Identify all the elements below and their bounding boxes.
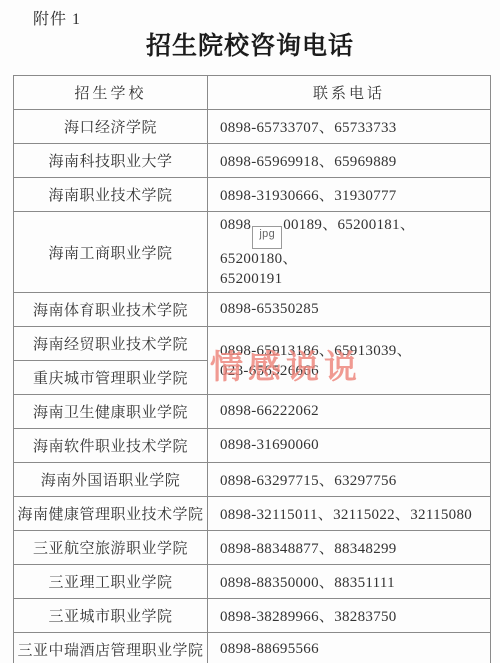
column-header-school: 招生学校: [14, 76, 208, 110]
table-row: 三亚理工职业学院 0898-88350000、88351111: [14, 565, 491, 599]
school-cell: 海南经贸职业技术学院: [14, 327, 208, 361]
phone-cell: 0898-38289966、38283750: [208, 599, 491, 633]
table-row: 海南经贸职业技术学院 0898-65913186、65913039、 023-6…: [14, 327, 491, 361]
school-cell: 海南职业技术学院: [14, 178, 208, 212]
school-cell: 重庆城市管理职业学院: [14, 361, 208, 395]
phone-cell: 0898jpg00189、65200181、65200180、 65200191: [208, 212, 491, 293]
table-row: 三亚航空旅游职业学院 0898-88348877、88348299: [14, 531, 491, 565]
phone-cell: 0898-63297715、63297756: [208, 463, 491, 497]
school-cell: 海南科技职业大学: [14, 144, 208, 178]
phone-cell: 0898-65733707、65733733: [208, 110, 491, 144]
table-row: 海南外国语职业学院 0898-63297715、63297756: [14, 463, 491, 497]
phone-table: 招生学校 联系电话 海口经济学院 0898-65733707、65733733 …: [13, 75, 491, 663]
school-cell: 三亚航空旅游职业学院: [14, 531, 208, 565]
phone-cell: 0898-88695566: [208, 633, 491, 663]
table-header-row: 招生学校 联系电话: [14, 76, 491, 110]
school-cell: 海口经济学院: [14, 110, 208, 144]
school-cell: 三亚城市职业学院: [14, 599, 208, 633]
phone-text-line2: 023-656526666: [220, 361, 482, 381]
school-cell: 海南外国语职业学院: [14, 463, 208, 497]
jpg-placeholder: jpg: [252, 226, 282, 249]
table-row: 海南工商职业学院 0898jpg00189、65200181、65200180、…: [14, 212, 491, 293]
school-cell: 海南软件职业技术学院: [14, 429, 208, 463]
phone-cell: 0898-65350285: [208, 293, 491, 327]
table-row: 海南健康管理职业技术学院 0898-32115011、32115022、3211…: [14, 497, 491, 531]
phone-cell: 0898-66222062: [208, 395, 491, 429]
table-row: 海南科技职业大学 0898-65969918、65969889: [14, 144, 491, 178]
page-title: 招生院校咨询电话: [0, 26, 500, 62]
table-row: 海南卫生健康职业学院 0898-66222062: [14, 395, 491, 429]
phone-text-before-overlay: 0898: [220, 217, 251, 233]
school-cell: 海南工商职业学院: [14, 212, 208, 293]
table-row: 海南软件职业技术学院 0898-31690060: [14, 429, 491, 463]
phone-cell: 0898-32115011、32115022、32115080: [208, 497, 491, 531]
school-cell: 三亚理工职业学院: [14, 565, 208, 599]
table-row: 三亚城市职业学院 0898-38289966、38283750: [14, 599, 491, 633]
school-cell: 三亚中瑞酒店管理职业学院: [14, 633, 208, 663]
phone-text-line1: 0898-65913186、65913039、: [220, 341, 482, 361]
phone-cell: 0898-88348877、88348299: [208, 531, 491, 565]
table-row: 三亚中瑞酒店管理职业学院 0898-88695566: [14, 633, 491, 663]
phone-cell-merged: 0898-65913186、65913039、 023-656526666: [208, 327, 491, 395]
phone-cell: 0898-65969918、65969889: [208, 144, 491, 178]
phone-cell: 0898-88350000、88351111: [208, 565, 491, 599]
table-row: 海南职业技术学院 0898-31930666、31930777: [14, 178, 491, 212]
phone-text-line2: 65200191: [220, 269, 482, 289]
phone-cell: 0898-31930666、31930777: [208, 178, 491, 212]
phone-cell: 0898-31690060: [208, 429, 491, 463]
table-row: 海口经济学院 0898-65733707、65733733: [14, 110, 491, 144]
table-row: 海南体育职业技术学院 0898-65350285: [14, 293, 491, 327]
school-cell: 海南体育职业技术学院: [14, 293, 208, 327]
school-cell: 海南卫生健康职业学院: [14, 395, 208, 429]
phone-table-container: 招生学校 联系电话 海口经济学院 0898-65733707、65733733 …: [13, 75, 491, 663]
column-header-phone: 联系电话: [208, 76, 491, 110]
school-cell: 海南健康管理职业技术学院: [14, 497, 208, 531]
